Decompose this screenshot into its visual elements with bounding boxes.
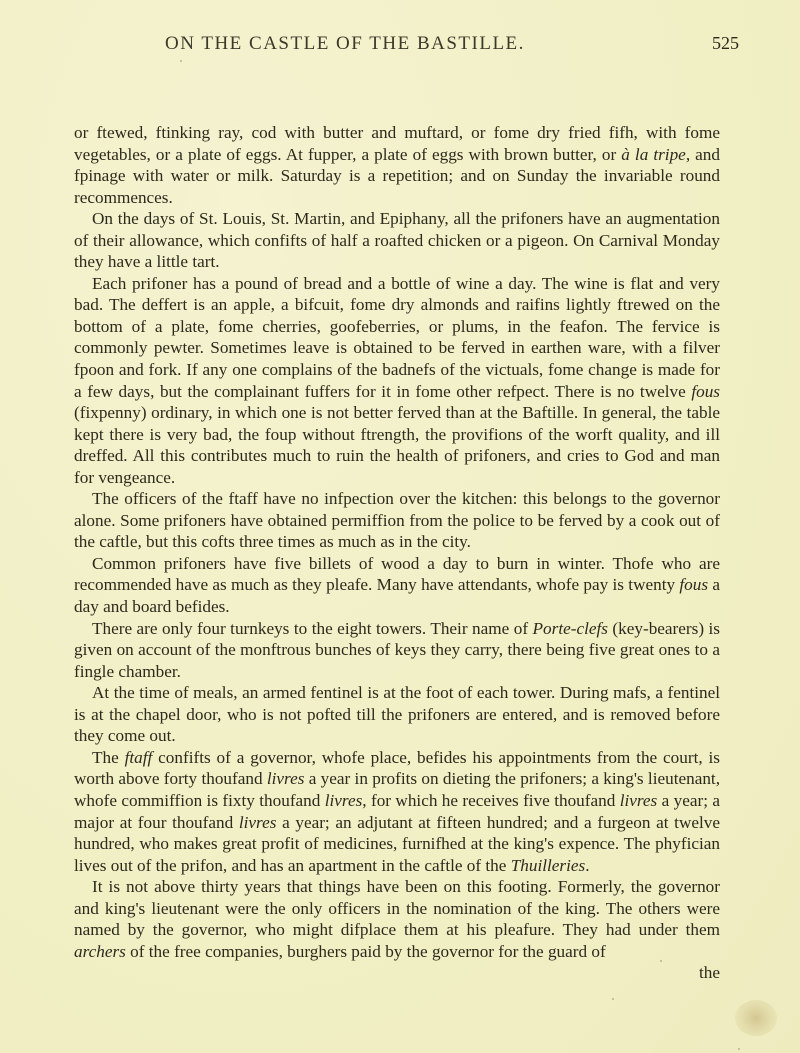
italic-term: livres	[239, 813, 277, 832]
italic-term: livres	[620, 791, 658, 810]
paragraph: On the days of St. Louis, St. Martin, an…	[74, 208, 720, 273]
paragraph: The officers of the ftaff have no infpec…	[74, 488, 720, 553]
paragraph: The ftaff confifts of a governor, whofe …	[74, 747, 720, 876]
paragraph: At the time of meals, an armed fentinel …	[74, 682, 720, 747]
italic-term: fous	[679, 575, 708, 594]
italic-term: Thuilleries	[511, 856, 585, 875]
paragraph: It is not above thirty years that things…	[74, 876, 720, 962]
italic-term: Porte-clefs	[533, 619, 608, 638]
page-number: 525	[712, 33, 739, 54]
italic-term: livres	[325, 791, 363, 810]
paragraph: Common prifoners have five billets of wo…	[74, 553, 720, 618]
paper-speck	[660, 960, 662, 962]
paper-stain	[735, 1000, 777, 1036]
paragraph: There are only four turnkeys to the eigh…	[74, 618, 720, 683]
italic-term: fous	[691, 382, 720, 401]
paper-speck	[612, 998, 614, 1000]
italic-term: livres	[267, 769, 305, 788]
italic-term: à la tripe	[621, 145, 686, 164]
catchword: the	[74, 962, 720, 984]
body-text: or ftewed, ftinking ray, cod with butter…	[74, 122, 720, 984]
paper-speck	[180, 60, 182, 62]
italic-term: archers	[74, 942, 126, 961]
paragraph: or ftewed, ftinking ray, cod with butter…	[74, 122, 720, 208]
italic-term: ftaff	[125, 748, 153, 767]
paragraph: Each prifoner has a pound of bread and a…	[74, 273, 720, 488]
running-title: ON THE CASTLE OF THE BASTILLE.	[165, 33, 525, 55]
paper-speck	[738, 1048, 740, 1050]
